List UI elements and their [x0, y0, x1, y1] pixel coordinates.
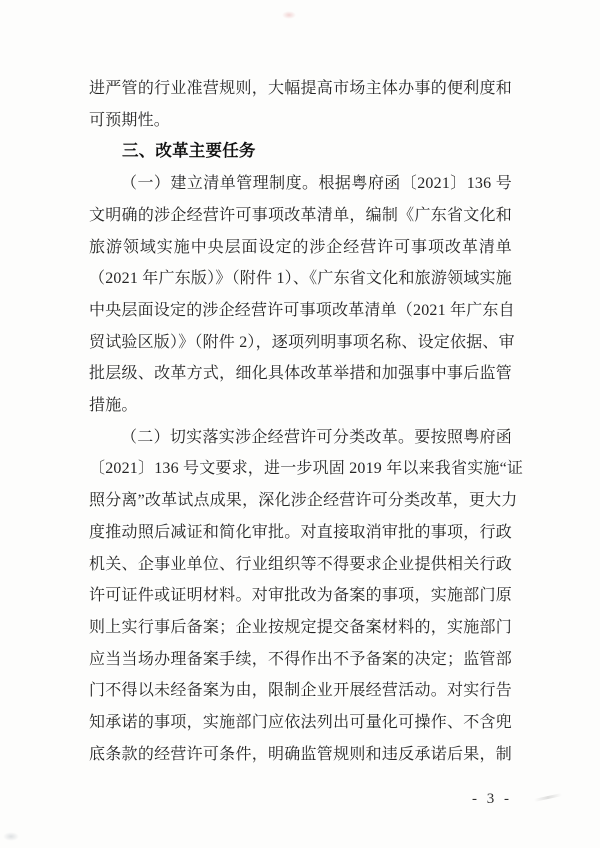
scan-artifact-corner: [3, 832, 19, 841]
text-line: 〔2021〕136 号文要求，进一步巩固 2019 年以来我省实施“证: [89, 453, 512, 485]
document-body: 进严管的行业准营规则，大幅提高市场主体办事的便利度和 可预期性。 三、改革主要任…: [89, 73, 512, 770]
text-line: 文明确的涉企经营许可事项改革清单，编制《广东省文化和: [89, 200, 512, 232]
text-line: 进严管的行业准营规则，大幅提高市场主体办事的便利度和: [89, 73, 512, 105]
text-line: 机关、企事业单位、行业组织等不得要求企业提供相关行政: [89, 549, 512, 581]
scan-artifact-streak: [534, 793, 562, 802]
text-line: 门不得以未经备案为由，限制企业开展经营活动。对实行告: [89, 675, 512, 707]
text-line: 可预期性。: [89, 105, 512, 137]
text-line: 度推动照后减证和简化审批。对直接取消审批的事项，行政: [89, 517, 512, 549]
text-line: 应当当场办理备案手续，不得作出不予备案的决定；监管部: [89, 644, 512, 676]
text-line: 知承诺的事项，实施部门应依法列出可量化可操作、不含兜: [89, 707, 512, 739]
text-line: 则上实行事后备案；企业按规定提交备案材料的，实施部门: [89, 612, 512, 644]
text-line: 底条款的经营许可条件，明确监管规则和违反承诺后果，制: [89, 739, 512, 771]
text-line: 旅游领域实施中央层面设定的涉企经营许可事项改革清单: [89, 232, 512, 264]
text-line: 批层级、改革方式，细化具体改革举措和加强事中事后监管: [89, 358, 512, 390]
text-line: （一）建立清单管理制度。根据粤府函〔2021〕136 号: [89, 168, 512, 200]
scan-artifact-pink: [282, 11, 296, 19]
page-number: - 3 -: [472, 791, 512, 808]
text-line: （2021 年广东版）》（附件 1）、《广东省文化和旅游领域实施: [89, 263, 512, 295]
text-line: （二）切实落实涉企经营许可分类改革。要按照粤府函: [89, 422, 512, 454]
section-heading: 三、改革主要任务: [89, 136, 512, 168]
text-line: 许可证件或证明材料。对审批改为备案的事项，实施部门原: [89, 580, 512, 612]
text-line: 贸试验区版）》（附件 2），逐项列明事项名称、设定依据、审: [89, 327, 512, 359]
text-line: 照分离”改革试点成果，深化涉企经营许可分类改革，更大力: [89, 485, 512, 517]
text-line: 措施。: [89, 390, 512, 422]
text-line: 中央层面设定的涉企经营许可事项改革清单（2021 年广东自: [89, 295, 512, 327]
document-page: 进严管的行业准营规则，大幅提高市场主体办事的便利度和 可预期性。 三、改革主要任…: [0, 0, 600, 848]
